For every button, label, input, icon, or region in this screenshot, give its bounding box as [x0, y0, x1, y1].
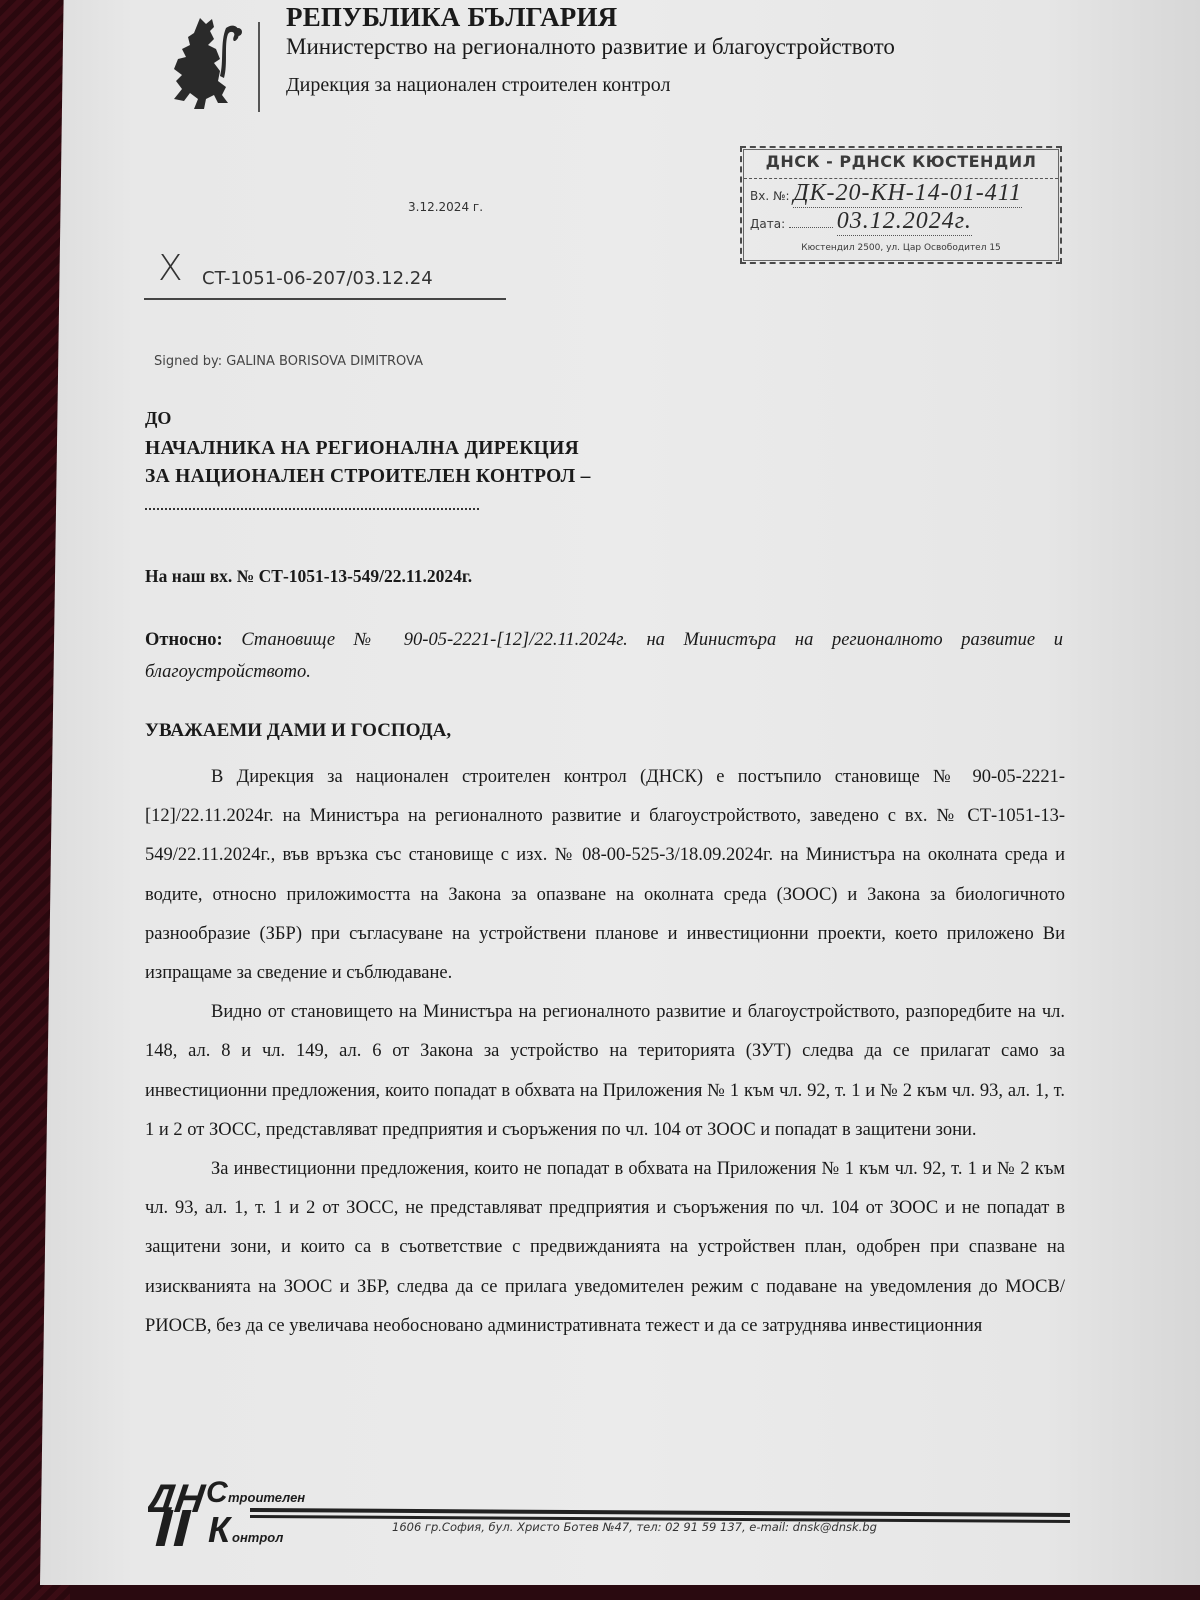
subject: Относно: Становище № 90-05-2221-[12]/22.… — [145, 624, 1063, 688]
svg-text:ДН: ДН — [148, 1476, 208, 1521]
stamp-number-value: ДК-20-КН-14-01-411 — [793, 180, 1022, 208]
paragraph: В Дирекция за национален строителен конт… — [145, 758, 1065, 993]
svg-text:С: С — [206, 1476, 229, 1509]
signed-by: Signed by: GALINA BORISOVA DIMITROVA — [154, 354, 423, 369]
signature-mark: X — [158, 248, 183, 289]
addressee-line-2: ЗА НАЦИОНАЛЕН СТРОИТЕЛЕН КОНТРОЛ – — [145, 466, 591, 488]
letterhead-ministry: Министерство на регионалното развитие и … — [286, 34, 895, 60]
stamp-date-label: Дата: — [750, 217, 785, 231]
paragraph: За инвестиционни предложения, които не п… — [145, 1150, 1065, 1346]
stamp-date-row: Дата: 03.12.2024г. — [750, 208, 972, 236]
lion-crest-icon — [162, 14, 254, 114]
document-page: РЕПУБЛИКА БЪЛГАРИЯ Министерство на регио… — [40, 0, 1200, 1585]
addressee-line-1: НАЧАЛНИКА НА РЕГИОНАЛНА ДИРЕКЦИЯ — [145, 438, 579, 460]
svg-text:К: К — [208, 1509, 233, 1548]
addressee-to: ДО — [145, 408, 171, 429]
letter-body: В Дирекция за национален строителен конт… — [145, 758, 1065, 1346]
stamp-number-row: Вх. №: ДК-20-КН-14-01-411 — [750, 180, 1022, 208]
svg-text:троителен: троителен — [228, 1490, 305, 1505]
signature-line — [144, 298, 506, 300]
letterhead-directorate: Дирекция за национален строителен контро… — [286, 74, 670, 97]
stamp-number-label: Вх. №: — [750, 189, 790, 203]
stamp-date-value: 03.12.2024г. — [837, 208, 972, 236]
salutation: УВАЖАЕМИ ДАМИ И ГОСПОДА, — [145, 720, 451, 742]
letterhead-title: РЕПУБЛИКА БЪЛГАРИЯ — [286, 2, 617, 33]
signature-date: 3.12.2024 г. — [408, 200, 483, 214]
svg-text:онтрол: онтрол — [232, 1530, 283, 1545]
stamp-title: ДНСК - РДНСК КЮСТЕНДИЛ — [742, 152, 1060, 171]
paragraph: Видно от становището на Министъра на рег… — [145, 993, 1065, 1150]
registration-stamp: ДНСК - РДНСК КЮСТЕНДИЛ Вх. №: ДК-20-КН-1… — [740, 146, 1062, 264]
addressee-blank-line — [145, 508, 479, 510]
subject-text: Становище № 90-05-2221-[12]/22.11.2024г.… — [145, 630, 1063, 682]
stamp-divider — [744, 178, 1058, 179]
stamp-address: Кюстендил 2500, ул. Цар Освободител 15 — [742, 243, 1060, 253]
incoming-reference: На наш вх. № СТ-1051-13-549/22.11.2024г. — [145, 566, 472, 587]
subject-label: Относно: — [145, 630, 223, 650]
letterhead-divider — [258, 22, 260, 112]
outgoing-reference: CT-1051-06-207/03.12.24 — [202, 268, 433, 289]
footer-address: 1606 гр.София, бул. Христо Ботев №47, те… — [392, 1520, 877, 1534]
